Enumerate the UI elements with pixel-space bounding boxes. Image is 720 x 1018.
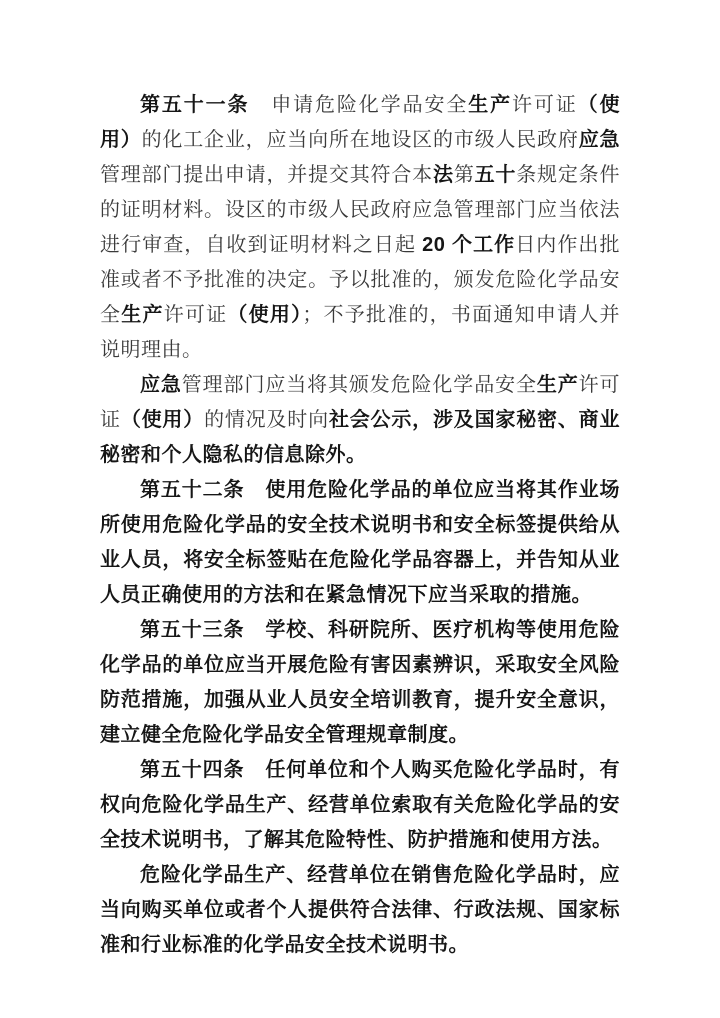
bold-text-run: 生产 — [468, 94, 512, 116]
regular-text-run: 第 — [454, 164, 475, 186]
bold-text-run: 危险化学品生产、经营单位在销售危险化学品时，应当向购买单位或者个人提供符合法律、… — [100, 864, 620, 956]
bold-text-run: 第五十四条 任何单位和个人购买危险化学品时，有权向危险化学品生产、经营单位索取有… — [100, 759, 620, 851]
bold-text-run: 法 — [433, 164, 454, 186]
document-page: 第五十一条 申请危险化学品安全生产许可证（使用）的化工企业，应当向所在地设区的市… — [0, 0, 720, 1018]
article-51-clause-1: 第五十一条 申请危险化学品安全生产许可证（使用）的化工企业，应当向所在地设区的市… — [100, 88, 620, 368]
bold-text-run: （使用） — [121, 409, 204, 431]
regular-text-run: 管理部门提出申请，并提交其符合本 — [100, 164, 433, 186]
regular-text-run: 许可证 — [164, 304, 228, 326]
bold-text-run: （使用） — [227, 304, 302, 326]
regular-text-run: 许可证 — [512, 94, 578, 116]
regular-text-run: 的情况及时向 — [204, 409, 329, 431]
article-54-clause-1: 第五十四条 任何单位和个人购买危险化学品时，有权向危险化学品生产、经营单位索取有… — [100, 753, 620, 858]
regular-text-run: 的化工企业，应当向所在地设区的市级人民政府 — [142, 129, 579, 151]
article-51-clause-2: 应急管理部门应当将其颁发危险化学品安全生产许可证（使用）的情况及时向社会公示，涉… — [100, 368, 620, 473]
article-52: 第五十二条 使用危险化学品的单位应当将其作业场所使用危险化学品的安全技术说明书和… — [100, 473, 620, 613]
bold-text-run: 第五十三条 学校、科研院所、医疗机构等使用危险化学品的单位应当开展危险有害因素辨… — [100, 619, 620, 746]
bold-text-run: 20 个工作 — [422, 234, 515, 256]
document-text-block: 第五十一条 申请危险化学品安全生产许可证（使用）的化工企业，应当向所在地设区的市… — [100, 88, 620, 963]
bold-text-run: 五十 — [475, 164, 517, 186]
bold-text-run: 生产 — [537, 374, 579, 396]
bold-text-run: 应急 — [579, 129, 620, 151]
bold-text-run: 应急 — [140, 374, 182, 396]
bold-text-run: 第五十二条 使用危险化学品的单位应当将其作业场所使用危险化学品的安全技术说明书和… — [100, 479, 620, 606]
bold-text-run: 生产 — [121, 304, 163, 326]
regular-text-run: 申请危险化学品安全 — [249, 94, 468, 116]
article-53: 第五十三条 学校、科研院所、医疗机构等使用危险化学品的单位应当开展危险有害因素辨… — [100, 613, 620, 753]
bold-text-run: 第五十一条 — [140, 94, 249, 116]
article-54-clause-2: 危险化学品生产、经营单位在销售危险化学品时，应当向购买单位或者个人提供符合法律、… — [100, 858, 620, 963]
regular-text-run: 管理部门应当将其颁发危险化学品安全 — [182, 374, 537, 396]
